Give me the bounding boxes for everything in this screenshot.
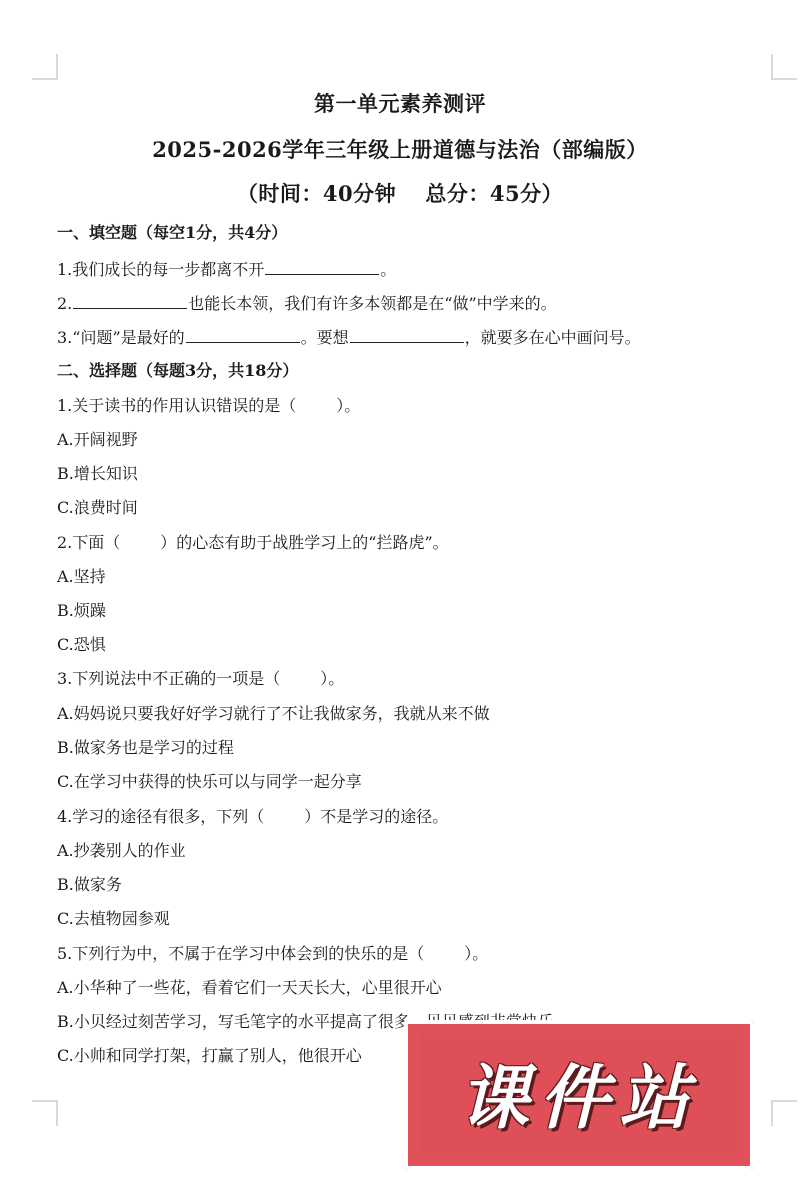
question-stem: ）。 [336, 396, 360, 415]
question-text: ，就要多在心中画问号。 [465, 328, 641, 347]
question-stem: 3.下列说法中不正确的一项是（ [57, 669, 280, 688]
fill-blank-question-3: 3.“问题”是最好的。要想，就要多在心中画问号。 [57, 326, 641, 349]
choice-question-1: 1.关于读书的作用认识错误的是（）。 [57, 395, 360, 417]
option-a: A.妈妈说只要我好好学习就行了不让我做家务，我就从来不做 [57, 703, 490, 725]
question-text: 1.我们成长的每一步都离不开 [57, 260, 264, 279]
watermark-text: 课件站 [404, 1042, 754, 1143]
question-stem: ）。 [464, 944, 488, 963]
question-stem: ）。 [320, 669, 344, 688]
question-stem: 2.下面（ [57, 533, 120, 552]
option-b: B.烦躁 [57, 600, 106, 622]
document-title: 第一单元素养测评 [0, 88, 800, 118]
option-b: B.做家务 [57, 874, 122, 896]
choice-question-5: 5.下列行为中，不属于在学习中体会到的快乐的是（）。 [57, 943, 488, 965]
option-a: A.坚持 [57, 566, 106, 588]
option-c: C.浪费时间 [57, 497, 138, 519]
option-b: B.增长知识 [57, 463, 138, 485]
question-stem: 1.关于读书的作用认识错误的是（ [57, 396, 296, 415]
answer-blank[interactable] [265, 258, 379, 275]
section-heading-multiple-choice: 二、选择题（每题3分，共18分） [57, 360, 298, 382]
page-corner-mark [32, 1100, 58, 1126]
document-subtitle: 2025-2026学年三年级上册道德与法治（部编版） [0, 134, 800, 164]
choice-question-2: 2.下面（）的心态有助于战胜学习上的“拦路虎”。 [57, 532, 449, 554]
option-c: C.去植物园参观 [57, 908, 170, 930]
choice-question-3: 3.下列说法中不正确的一项是（）。 [57, 668, 344, 690]
option-c: C.在学习中获得的快乐可以与同学一起分享 [57, 771, 362, 793]
page-corner-mark [32, 54, 58, 80]
answer-blank[interactable] [73, 292, 187, 309]
option-a: A.开阔视野 [57, 429, 138, 451]
fill-blank-question-2: 2.也能长本领，我们有许多本领都是在“做”中学来的。 [57, 292, 557, 315]
option-b: B.做家务也是学习的过程 [57, 737, 234, 759]
question-text: 3.“问题”是最好的 [57, 328, 185, 347]
option-c: C.恐惧 [57, 634, 106, 656]
section-heading-fill-blank: 一、填空题（每空1分，共4分） [57, 222, 287, 244]
answer-blank[interactable] [186, 326, 300, 343]
watermark-stamp: 课件站 [404, 1020, 754, 1170]
choice-question-4: 4.学习的途径有很多，下列（）不是学习的途径。 [57, 806, 448, 828]
option-a: A.抄袭别人的作业 [57, 840, 186, 862]
option-a: A.小华种了一些花，看着它们一天天长大，心里很开心 [57, 977, 442, 999]
page-corner-mark [771, 54, 797, 80]
exam-meta: （时间：40分钟 总分：45分） [0, 178, 800, 208]
question-stem: ）的心态有助于战胜学习上的“拦路虎”。 [160, 533, 448, 552]
option-c: C.小帅和同学打架，打赢了别人，他很开心 [57, 1045, 362, 1067]
question-stem: 5.下列行为中，不属于在学习中体会到的快乐的是（ [57, 944, 424, 963]
question-text: 也能长本领，我们有许多本领都是在“做”中学来的。 [188, 294, 556, 313]
fill-blank-question-1: 1.我们成长的每一步都离不开。 [57, 258, 396, 281]
answer-blank[interactable] [350, 326, 464, 343]
question-text: 2. [57, 294, 72, 313]
page-corner-mark [771, 1100, 797, 1126]
question-stem: ）不是学习的途径。 [304, 807, 448, 826]
question-stem: 4.学习的途径有很多，下列（ [57, 807, 264, 826]
question-text: 。 [380, 260, 396, 279]
question-text: 。要想 [301, 328, 349, 347]
